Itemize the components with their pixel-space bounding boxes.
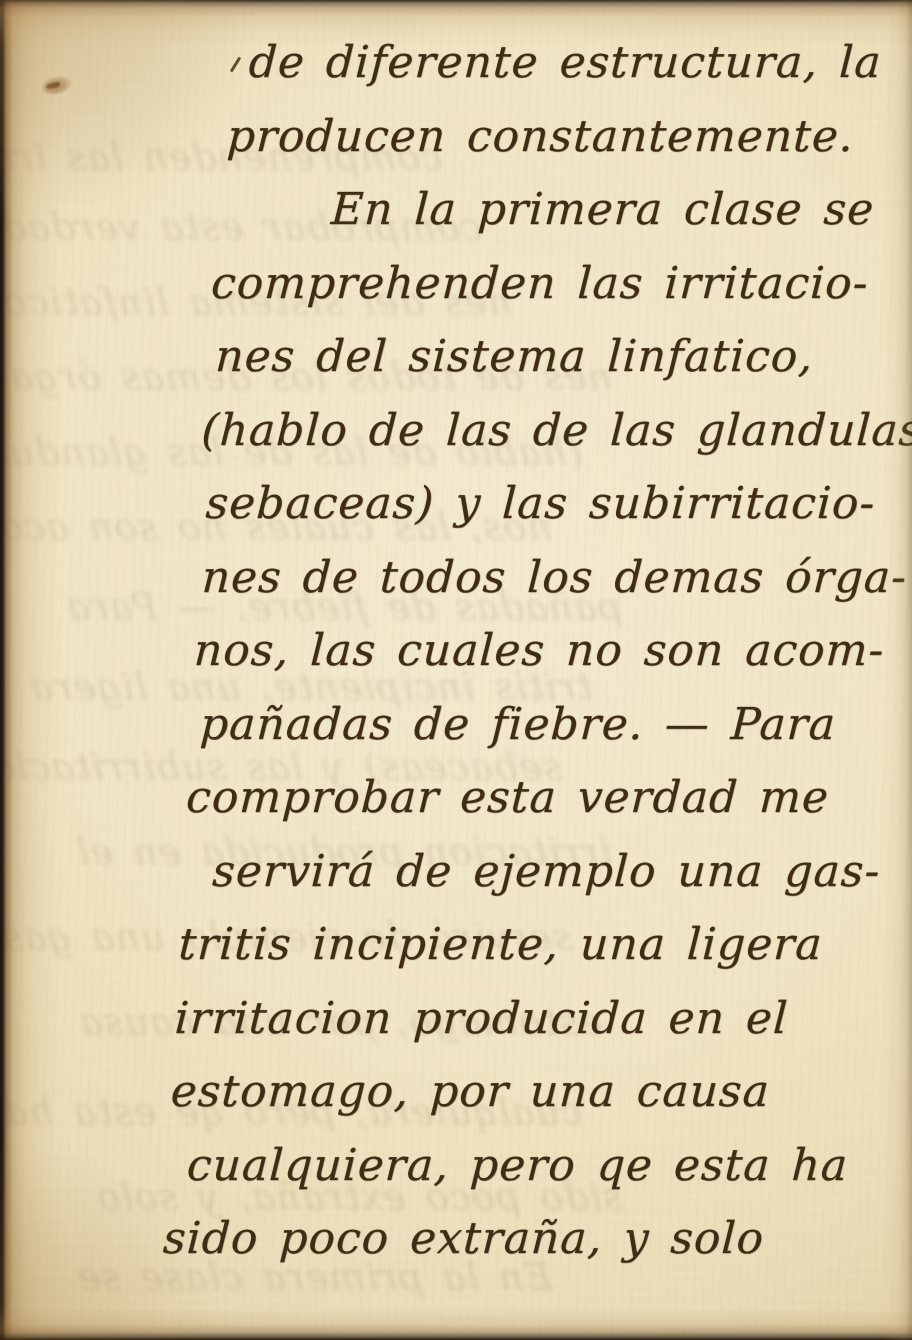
- manuscript-line: de diferente estructura, la: [219, 26, 912, 100]
- manuscript-line: En la primera clase se: [211, 173, 912, 247]
- manuscript-line: nes del sistema linfatico,: [203, 320, 911, 394]
- manuscript-line: nes de todos los demas órga-: [192, 541, 900, 615]
- manuscript-line: servirá de ejemplo una gas-: [177, 835, 885, 909]
- manuscript-line: comprehenden las irritacio-: [207, 247, 912, 321]
- manuscript-line: sebaceas) y las subirritacio-: [196, 467, 904, 541]
- page-edge-left: [0, 0, 62, 1340]
- manuscript-line: sido poco extraña, y solo: [157, 1202, 865, 1276]
- page-edge-bottom: [0, 1308, 912, 1340]
- manuscript-line: producen constantemente.: [215, 100, 912, 174]
- manuscript-page: comprehenden las irritacio-comprobar est…: [0, 0, 912, 1340]
- manuscript-line: cualquiera, pero qe esta ha: [161, 1129, 869, 1203]
- manuscript-line: comprobar esta verdad me: [180, 761, 888, 835]
- manuscript-line: irritacion producida en el: [169, 982, 877, 1056]
- manuscript-line: estomago, por una causa: [165, 1055, 873, 1129]
- manuscript-text: de diferente estructura, laproducen cons…: [157, 26, 912, 1276]
- manuscript-line: nos, las cuales no son acom-: [188, 614, 896, 688]
- manuscript-line: tritis incipiente, una ligera: [173, 908, 881, 982]
- ink-stain: [40, 73, 73, 98]
- manuscript-line: pañadas de fiebre. — Para: [184, 688, 892, 762]
- manuscript-line: (hablo de las de las glandulas: [200, 394, 908, 468]
